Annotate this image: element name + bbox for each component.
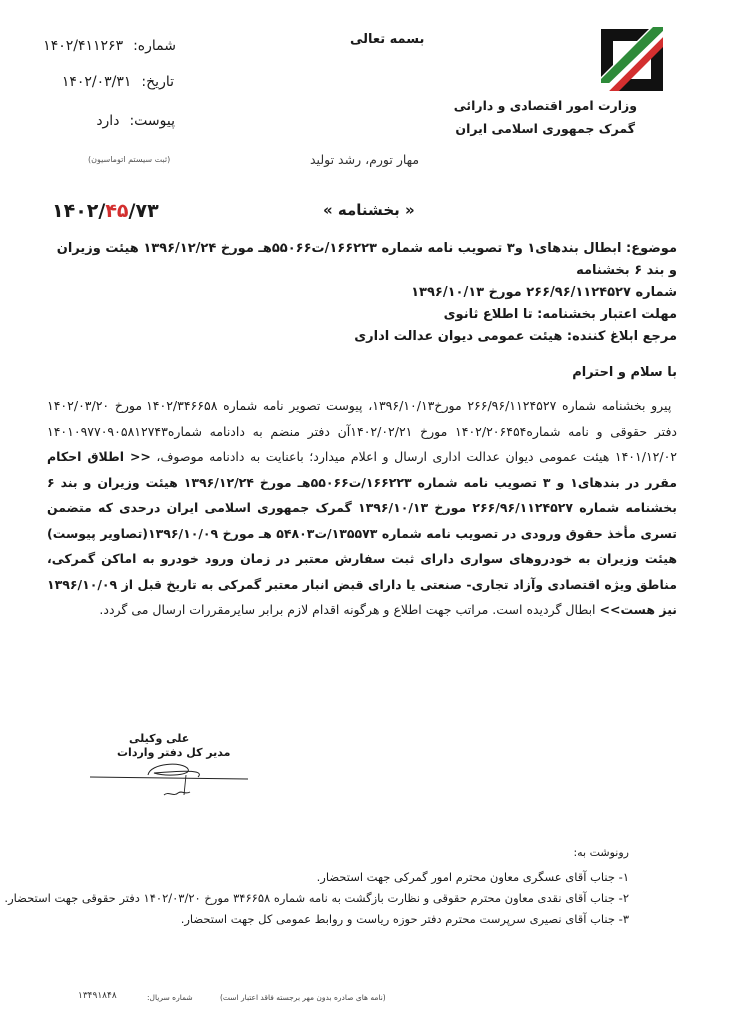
signer-name: علی وکیلی	[129, 732, 189, 745]
circular-number-suffix: /۷۳	[129, 200, 159, 222]
letter-body: پیرو بخشنامه شماره ۲۶۶/۹۶/۱۱۲۴۵۲۷ مورخ۱۳…	[47, 393, 677, 623]
circular-number: ۱۴۰۲/۴۵/۷۳	[52, 200, 159, 222]
year-slogan: مهار تورم، رشد تولید	[310, 152, 419, 167]
letter-number-value: ۱۴۰۲/۴۱۱۲۶۳	[43, 38, 123, 54]
document-type-title: « بخشنامه »	[323, 201, 415, 219]
automation-note: (ثبت سیستم اتوماسیون)	[88, 155, 170, 164]
ministry-name: وزارت امور اقتصادی و دارائی	[454, 98, 637, 113]
letter-number-label: شماره:	[133, 38, 176, 54]
serial-number-label: شماره سریال:	[147, 993, 193, 1002]
validity-period: مهلت اعتبار بخشنامه: تا اطلاع ثانوی	[47, 304, 677, 326]
signature-scribble-icon	[88, 755, 253, 805]
letter-attachment: پیوست: دارد	[96, 113, 175, 129]
customs-emblem-icon	[597, 25, 667, 95]
footer-validity-note: (نامه های صادره بدون مهر برجسته فاقد اعت…	[220, 993, 386, 1002]
cc-item: ۲- جناب آقای نقدی معاون محترم حقوقی و نظ…	[59, 888, 629, 909]
cc-list: ۱- جناب آقای عسگری معاون محترم امور گمرک…	[59, 867, 629, 930]
circular-number-prefix: ۱۴۰۲/	[52, 200, 105, 222]
cc-heading: رونوشت به:	[573, 846, 629, 859]
body-conclusion: ابطال گردیده است. مراتب جهت اطلاع و هرگو…	[99, 602, 599, 617]
iran-customs-logo	[597, 25, 667, 95]
bismillah-heading: بسمه تعالی	[350, 32, 424, 47]
serial-number-value: ۱۳۴۹۱۸۴۸	[78, 991, 117, 1001]
body-ruling-quote: << اطلاق احکام مقرر در بندهای۱ و ۳ تصویب…	[47, 449, 677, 617]
issuing-authority: مرجع ابلاغ کننده: هیئت عمومی دیوان عدالت…	[47, 326, 677, 348]
subject-line: موضوع: ابطال بندهای۱ و۳ تصویب نامه شماره…	[47, 238, 677, 282]
handwritten-signature	[88, 755, 253, 805]
cc-item: ۳- جناب آقای نصیری سرپرست محترم دفتر حوز…	[59, 909, 629, 930]
attachment-value: دارد	[96, 113, 119, 129]
subject-line-continued: شماره ۲۶۶/۹۶/۱۱۲۴۵۲۷ مورخ ۱۳۹۶/۱۰/۱۳	[47, 282, 677, 304]
circular-number-highlight: ۴۵	[105, 200, 128, 222]
letter-date: تاریخ: ۱۴۰۲/۰۳/۳۱	[62, 74, 174, 90]
letter-number: شماره: ۱۴۰۲/۴۱۱۲۶۳	[43, 38, 176, 54]
letter-date-value: ۱۴۰۲/۰۳/۳۱	[62, 74, 132, 90]
subject-block: موضوع: ابطال بندهای۱ و۳ تصویب نامه شماره…	[47, 238, 677, 348]
cc-item: ۱- جناب آقای عسگری معاون محترم امور گمرک…	[59, 867, 629, 888]
attachment-label: پیوست:	[129, 113, 175, 129]
letter-date-label: تاریخ:	[141, 74, 174, 90]
organization-name: گمرک جمهوری اسلامی ایران	[455, 121, 635, 136]
greeting: با سلام و احترام	[572, 365, 677, 380]
